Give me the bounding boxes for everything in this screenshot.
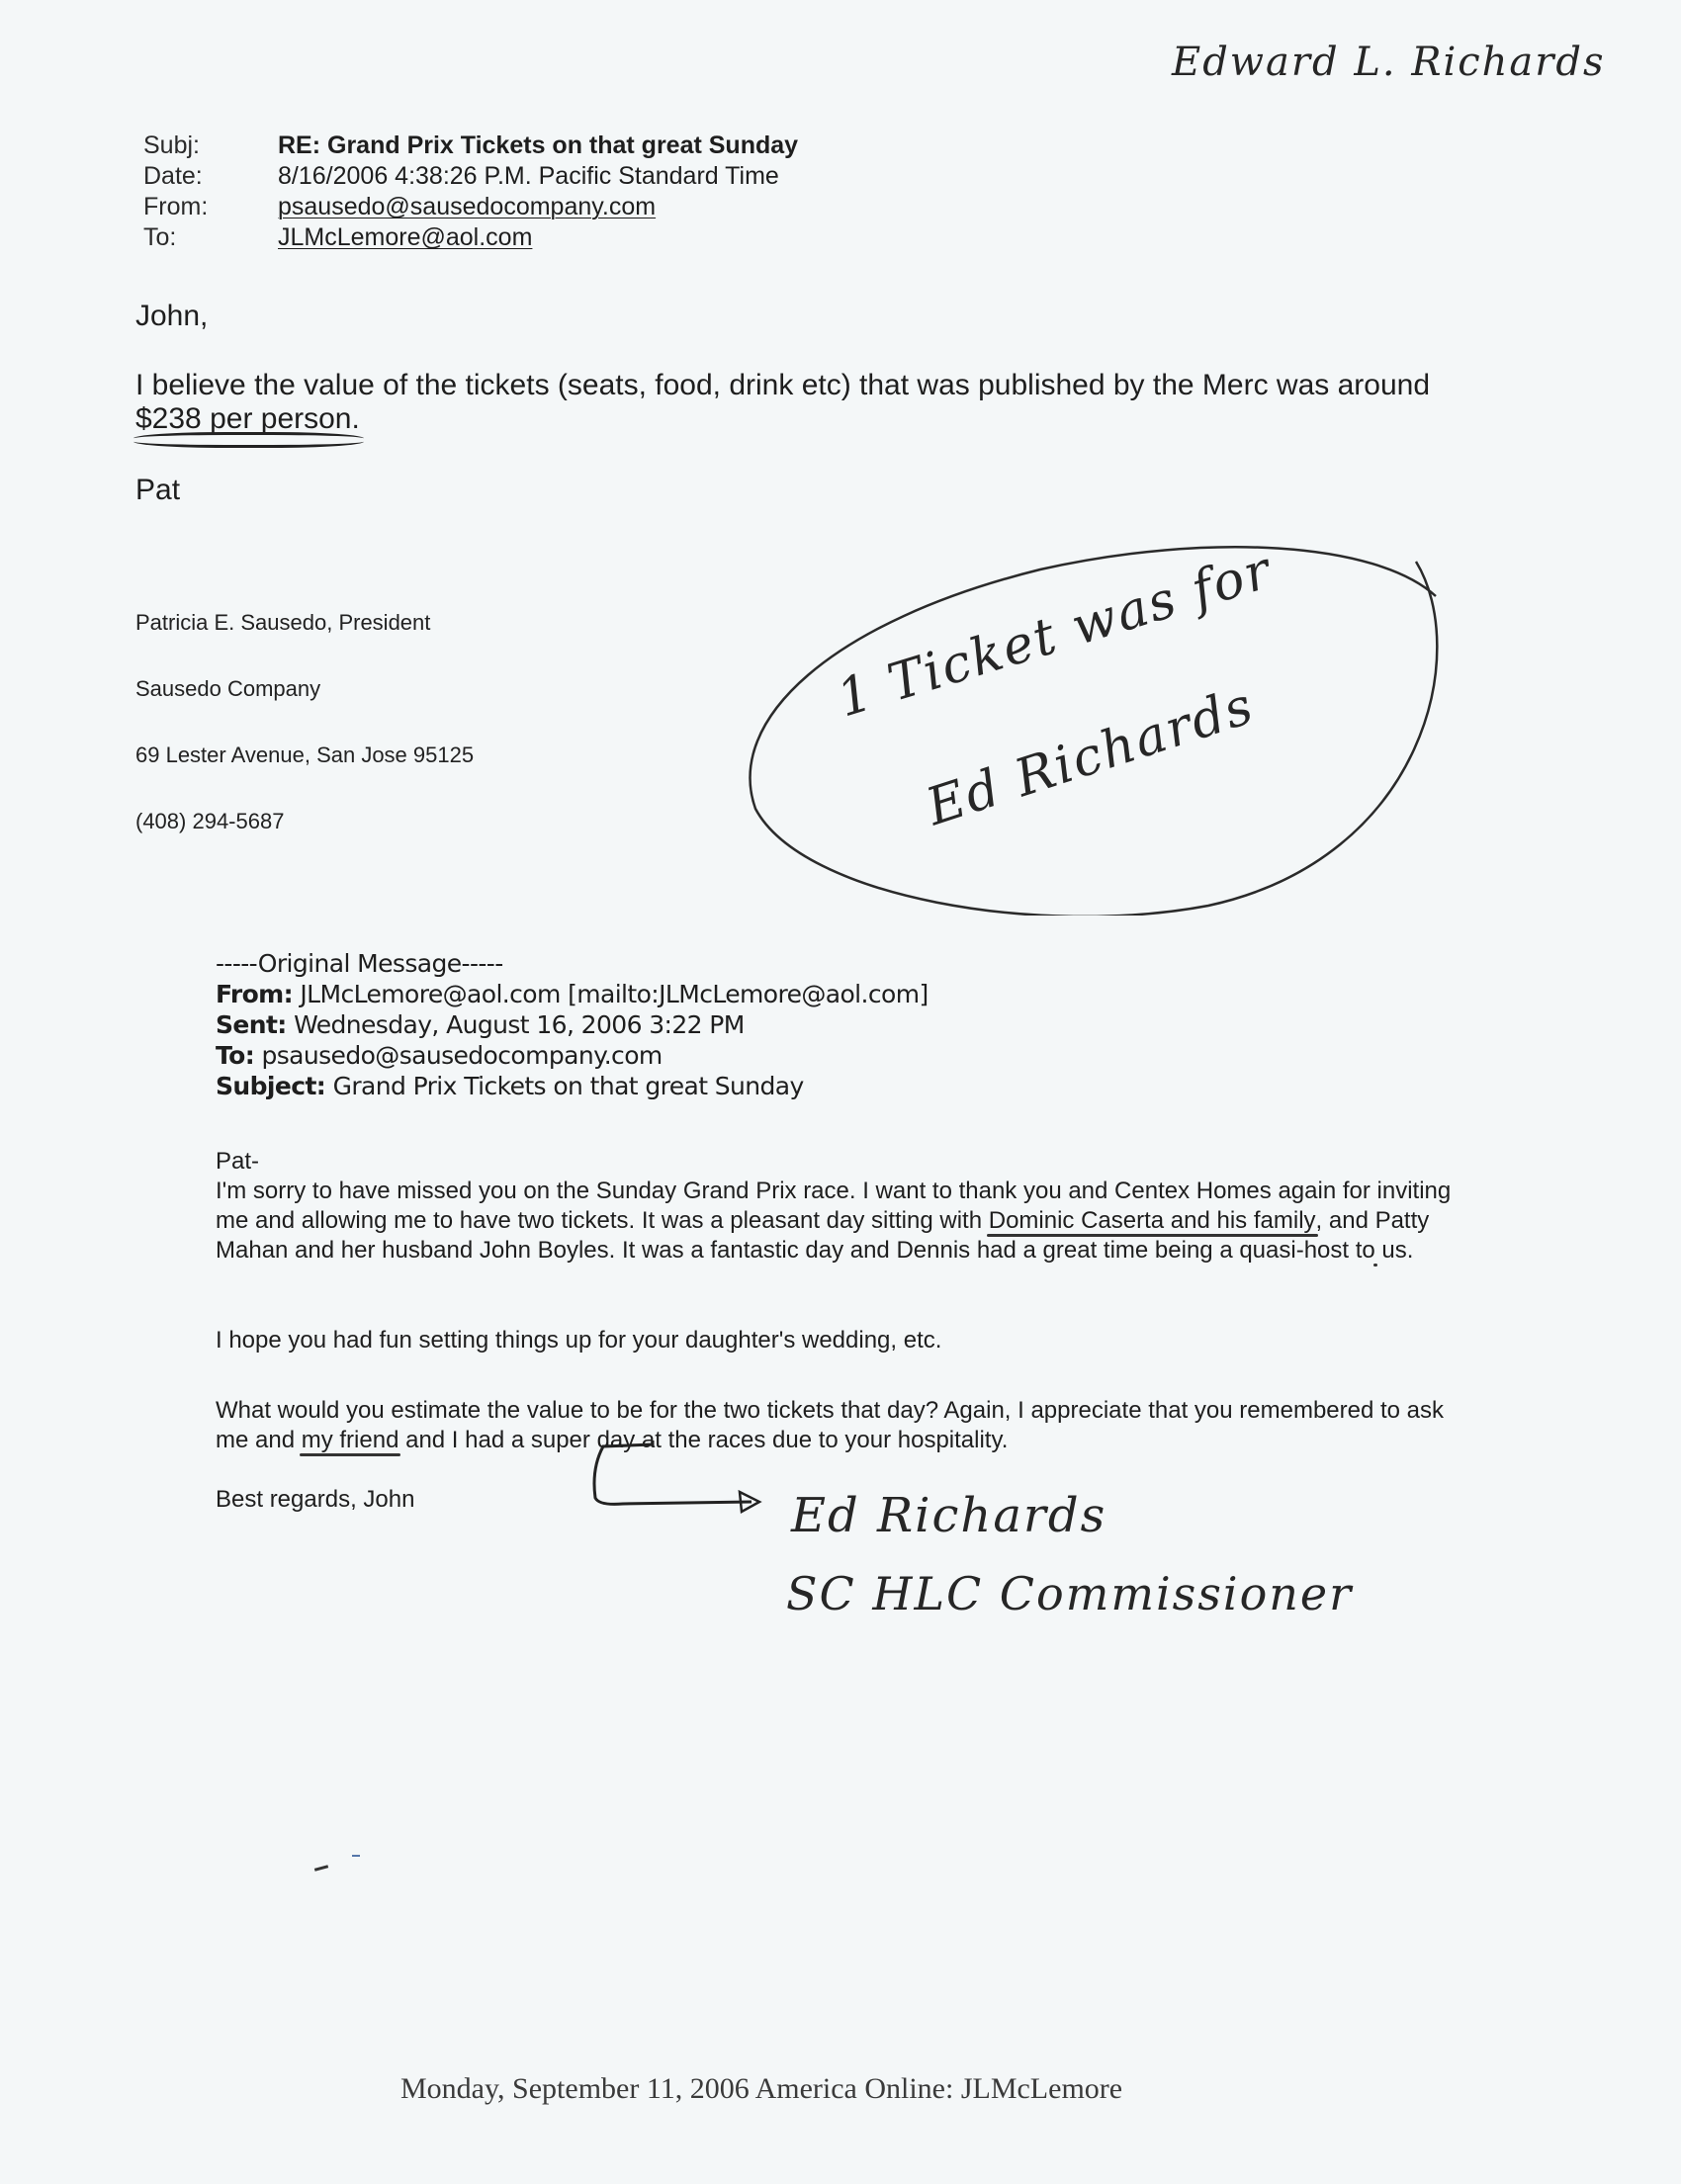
stray-mark: [314, 1865, 328, 1872]
reply-text: I believe the value of the tickets (seat…: [135, 369, 1430, 401]
header-subject-row: Subj: RE: Grand Prix Tickets on that gre…: [143, 131, 798, 161]
orig-paragraph-1: I'm sorry to have missed you on the Sund…: [216, 1177, 1452, 1266]
header-to-row: To: JLMcLemore@aol.com: [143, 222, 798, 253]
original-message-separator: -----Original Message-----: [216, 949, 503, 978]
underlined-friend: my friend: [302, 1427, 399, 1453]
reply-paragraph: I believe the value of the tickets (seat…: [135, 369, 1520, 436]
header-label: From:: [143, 192, 278, 222]
orig-label: From:: [216, 980, 293, 1008]
original-message-header: From: JLMcLemore@aol.com [mailto:JLMcLem…: [216, 979, 929, 1101]
signature-company: Sausedo Company: [135, 676, 320, 702]
reply-sign-off: Pat: [135, 474, 180, 507]
stray-mark: [352, 1855, 360, 1857]
header-label: Subj:: [143, 131, 278, 161]
print-footer: Monday, September 11, 2006 America Onlin…: [400, 2072, 1122, 2106]
orig-label: To:: [216, 1041, 254, 1070]
orig-to: psausedo@sausedocompany.com: [261, 1041, 662, 1070]
signature-name: Patricia E. Sausedo, President: [135, 610, 430, 636]
orig-subject: Grand Prix Tickets on that great Sunday: [333, 1072, 804, 1100]
email-subject: RE: Grand Prix Tickets on that great Sun…: [278, 131, 798, 161]
orig-text: . It was a fantastic day and Dennis had …: [609, 1237, 1414, 1264]
orig-from-row: From: JLMcLemore@aol.com [mailto:JLMcLem…: [216, 979, 929, 1009]
orig-subject-row: Subject: Grand Prix Tickets on that grea…: [216, 1071, 929, 1101]
header-label: Date:: [143, 161, 278, 192]
signature-phone: (408) 294-5687: [135, 809, 284, 834]
email-from-link[interactable]: psausedo@sausedocompany.com: [278, 192, 656, 222]
underlined-name-1: Dominic Caserta and his family: [989, 1207, 1316, 1234]
arrow-note-title: SC HLC Commissioner: [786, 1567, 1353, 1620]
orig-to-row: To: psausedo@sausedocompany.com: [216, 1040, 929, 1071]
orig-paragraph-2: I hope you had fun setting things up for…: [216, 1326, 1452, 1355]
email-date: 8/16/2006 4:38:26 P.M. Pacific Standard …: [278, 161, 779, 192]
orig-from: JLMcLemore@aol.com [mailto:JLMcLemore@ao…: [300, 980, 928, 1008]
orig-sent-row: Sent: Wednesday, August 16, 2006 3:22 PM: [216, 1009, 929, 1040]
email-to-link[interactable]: JLMcLemore@aol.com: [278, 222, 532, 253]
highlighted-price: $238 per person: [135, 402, 352, 436]
reply-text-end: .: [352, 402, 360, 435]
header-date-row: Date: 8/16/2006 4:38:26 P.M. Pacific Sta…: [143, 161, 798, 192]
hand-drawn-arrow-icon: [583, 1439, 781, 1528]
orig-greeting: Pat-: [216, 1147, 1452, 1177]
handwritten-signature: Edward L. Richards: [1172, 40, 1606, 85]
orig-label: Subject:: [216, 1072, 325, 1100]
header-from-row: From: psausedo@sausedocompany.com: [143, 192, 798, 222]
orig-label: Sent:: [216, 1010, 287, 1039]
orig-text: , and: [1316, 1207, 1375, 1234]
email-header: Subj: RE: Grand Prix Tickets on that gre…: [143, 131, 798, 253]
arrow-note-name: Ed Richards: [791, 1488, 1106, 1543]
orig-sent: Wednesday, August 16, 2006 3:22 PM: [294, 1010, 745, 1039]
signature-address: 69 Lester Avenue, San Jose 95125: [135, 743, 474, 768]
orig-paragraph-3: What would you estimate the value to be …: [216, 1396, 1452, 1455]
header-label: To:: [143, 222, 278, 253]
reply-salutation: John,: [135, 300, 208, 333]
